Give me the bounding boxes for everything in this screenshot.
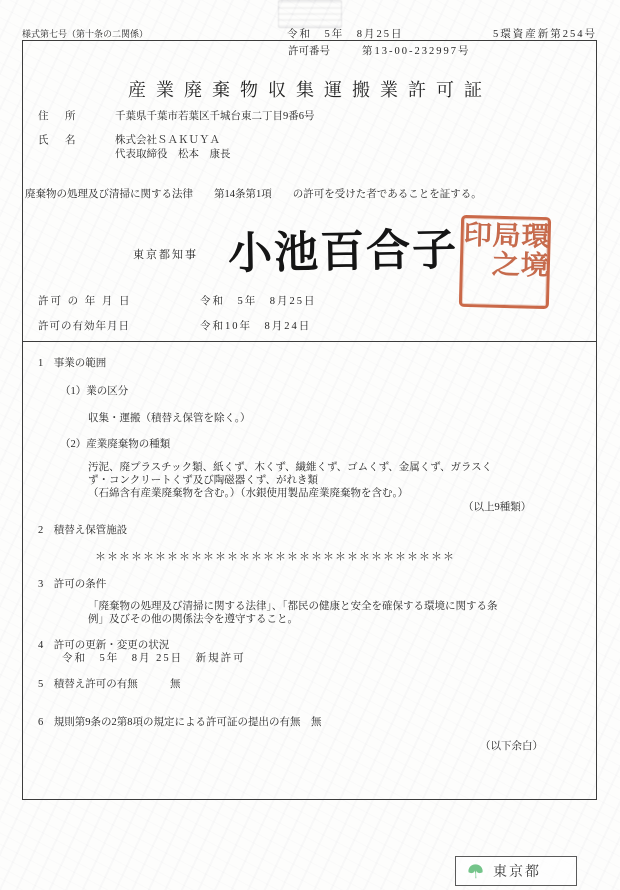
section-3-heading: 3 許可の条件 (38, 576, 106, 591)
permit-conditions-line-2: 例」及びその他の関係法令を遵守すること。 (88, 611, 298, 626)
address-label: 住 所 (38, 108, 79, 123)
header-issue-date: 令和 5年 8月25日 (287, 26, 404, 41)
section-1-2-heading: （2）産業廃棄物の種類 (60, 436, 170, 451)
permit-date-label: 許可 の 年 月 日 (38, 293, 132, 308)
transfer-permit-value: 無 (170, 676, 181, 691)
section-divider-line (22, 341, 597, 342)
name-label: 氏 名 (38, 132, 79, 147)
section-1-heading: 1 事業の範囲 (38, 355, 106, 370)
permit-date-value: 令和 5年 8月25日 (200, 293, 317, 308)
certification-statement: 廃棄物の処理及び清掃に関する法律 第14条第1項 の許可を受けた者であることを証… (25, 186, 482, 201)
tokyo-logo-box: 東京都 (455, 856, 577, 886)
valid-date-value: 令和10年 8月24日 (200, 318, 311, 333)
governor-title: 東京都知事 (133, 246, 198, 262)
document-title: 産業廃棄物収集運搬業許可証 (0, 76, 620, 102)
permit-number-value: 第13-00-232997号 (362, 43, 471, 58)
address-value: 千葉県千葉市若葉区千城台東二丁目9番6号 (115, 108, 315, 123)
valid-date-label: 許可の有効年月日 (38, 318, 130, 333)
permit-number-label: 許可番号 (288, 43, 330, 58)
tokyo-logo-label: 東京都 (493, 861, 541, 881)
business-category-value: 収集・運搬（積替え保管を除く。） (88, 410, 251, 425)
document-page: 様式第七号（第十条の二関係） 令和 5年 8月25日 5環資産新第254号 許可… (0, 0, 620, 890)
ginkgo-leaf-icon (466, 862, 485, 881)
waste-types-line-3: （石綿含有産業廃棄物を含む。）（水銀使用製品産業廃棄物を含む。） (88, 485, 408, 500)
form-number: 様式第七号（第十条の二関係） (22, 27, 148, 40)
section-2-heading: 2 積替え保管施設 (38, 522, 127, 537)
section-1-1-heading: （1）業の区分 (60, 383, 128, 398)
holder-representative: 代表取締役 松本 康長 (115, 146, 231, 161)
waste-count-note: （以上9種類） (463, 499, 531, 514)
section-6-line: 6 規則第9条の2第8項の規定による許可証の提出の有無 無 (38, 714, 322, 729)
renewal-status-value: 令和 5年 8月 25日 新規許可 (62, 650, 246, 665)
remainder-blank-note: （以下余白） (480, 738, 543, 753)
holder-company: 株式会社ＳＡＫＵＹＡ (115, 132, 220, 147)
header-doc-ref: 5環資産新第254号 (493, 26, 597, 41)
transfer-facility-asterisks: ＊＊＊＊＊＊＊＊＊＊＊＊＊＊＊＊＊＊＊＊＊＊＊＊＊＊＊＊＊＊ (95, 548, 455, 564)
faint-stamp-mark (278, 0, 342, 28)
section-5-heading: 5 積替え許可の有無 (38, 676, 138, 691)
governor-signature: 小池百合子 (227, 213, 508, 282)
